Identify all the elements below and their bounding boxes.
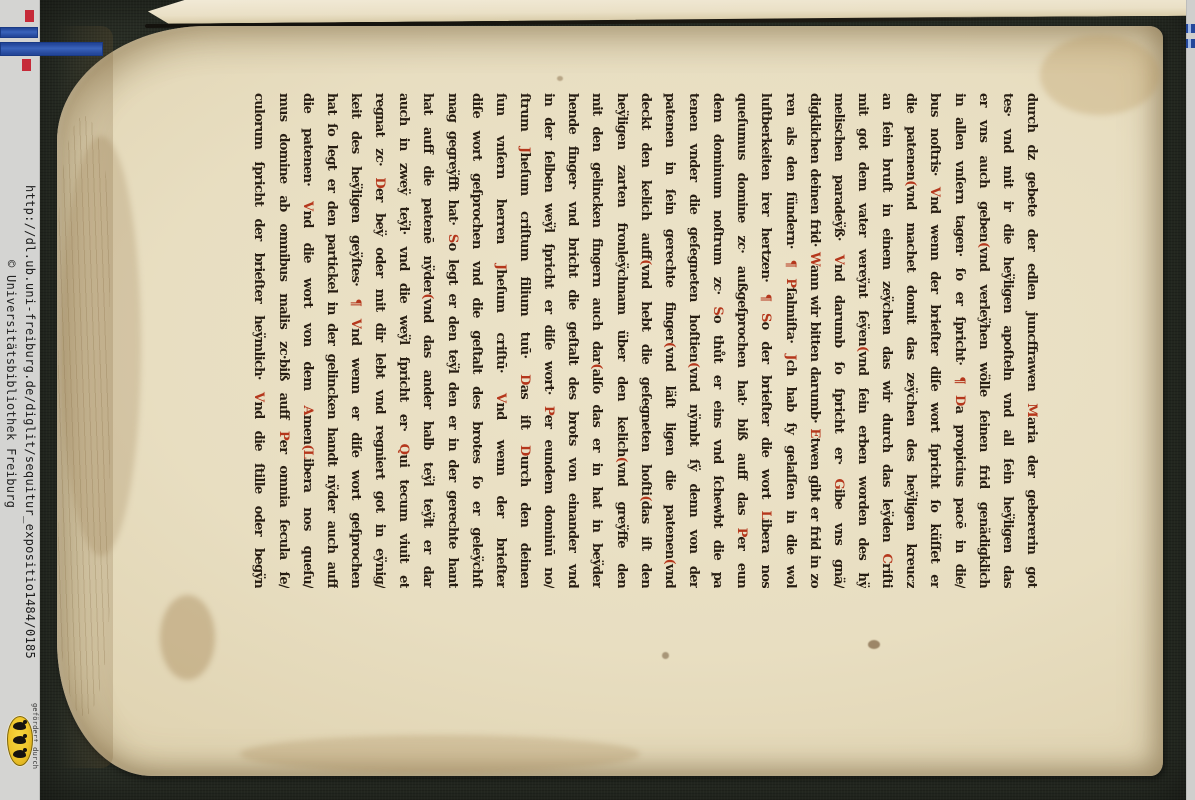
manuscript-line: tenen vnder die geſegneten hoſtien(vnd n… bbox=[681, 93, 705, 588]
manuscript-line: an ſein bruſt in einem zeÿchen das wir d… bbox=[874, 93, 898, 588]
manuscript-line: mag gegreÿfft hat· So legt er den teÿl d… bbox=[439, 93, 463, 588]
manuscript-line: keit des heÿligen geÿſtes· ¶ Vnd wenn er… bbox=[343, 93, 367, 588]
manuscript-line: auch in zweÿ teÿl· vnd die weÿl ſpricht … bbox=[391, 93, 415, 588]
manuscript-line: bus noſtris· Vnd wenn der brieſter diſe … bbox=[922, 93, 946, 588]
ink-speck bbox=[868, 640, 880, 649]
registration-mark-right bbox=[1186, 39, 1195, 48]
manuscript-line: patenen in ſein gerechte finger(vnd läſt… bbox=[657, 93, 681, 588]
manuscript-text-block: durch dz gebete der edlen juncffrawen Ma… bbox=[245, 93, 1043, 588]
manuscript-line: durch dz gebete der edlen juncffrawen Ma… bbox=[1019, 93, 1043, 588]
stain bbox=[1040, 35, 1160, 115]
digitized-manuscript-scan-viewer: { "left_bar": { "url_text": "http://dl.u… bbox=[0, 0, 1195, 800]
manuscript-line: queſumus domine zc· außgeſprochen hat· b… bbox=[729, 93, 753, 588]
manuscript-line: regnat zc· Der beÿ oder mit dir lebt vnd… bbox=[367, 93, 391, 588]
registration-mark-right bbox=[1186, 24, 1195, 33]
manuscript-line: heÿligen zarten fronleÿchnam über den ke… bbox=[608, 93, 632, 588]
manuscript-line: dem dominum noſtrum zc· So thůt er eins … bbox=[705, 93, 729, 588]
registration-mark-blue bbox=[0, 42, 103, 56]
manuscript-line: luſtberkeiten irer hertzen· ¶ So der bri… bbox=[753, 93, 777, 588]
manuscript-line: digklichen deinen frid· Wann wir bitten … bbox=[802, 93, 826, 588]
registration-mark-red bbox=[22, 59, 31, 71]
manuscript-line: hende finger· vnd bricht die geſtalt des… bbox=[560, 93, 584, 588]
right-metadata-bar bbox=[1186, 0, 1195, 800]
ink-speck bbox=[662, 652, 669, 659]
manuscript-line: die patenen(vnd machet domit das zeÿchen… bbox=[898, 93, 922, 588]
manuscript-line: in der ſelben weÿl ſpricht er diſe wort·… bbox=[536, 93, 560, 588]
manuscript-line: tes· vnd mit ir die heÿligen apoſteln vn… bbox=[995, 93, 1019, 588]
stain bbox=[160, 595, 215, 680]
manuscript-line: mit den gelincken fingern auch dar(alſo … bbox=[584, 93, 608, 588]
book-photograph: durch dz gebete der edlen juncffrawen Ma… bbox=[40, 0, 1186, 800]
manuscript-line: culorum ſpricht der brieſter heÿmlich· V… bbox=[246, 93, 270, 588]
manuscript-line: in allen vnſern tagen· ſo er ſpricht· ¶ … bbox=[946, 93, 970, 588]
manuscript-line: mus domine ab omnibus malis zc·biß auff … bbox=[271, 93, 295, 588]
registration-mark-red bbox=[25, 10, 34, 22]
copyright-label-left: © Universitätsbibliothek Freiburg bbox=[4, 260, 18, 508]
lion-glyph bbox=[13, 750, 26, 758]
scan-url-label: http://dl.ub.uni-freiburg.de/diglit/sequ… bbox=[23, 185, 37, 659]
manuscript-line: hat auff die patenē nÿder(vnd das ander … bbox=[415, 93, 439, 588]
manuscript-line: melischen paradeÿß· Vnd darumb ſo ſprich… bbox=[826, 93, 850, 588]
manuscript-line: deckt den kelich auff(vnd hebt die geſeg… bbox=[633, 93, 657, 588]
manuscript-line: die patenen· Vnd die wort von dem Amen(L… bbox=[295, 93, 319, 588]
manuscript-line: er vns auch geben(vnd verleÿhen wölle ſe… bbox=[971, 93, 995, 588]
manuscript-line: ren als den ſündern· ¶ Pſalmiſta· Jch ha… bbox=[777, 93, 801, 588]
stain bbox=[240, 735, 640, 773]
lion-glyph bbox=[13, 736, 26, 744]
registration-mark-blue bbox=[0, 27, 38, 38]
manuscript-line: ſun vnſern herren Jheſum criſtū· Vnd wen… bbox=[488, 93, 512, 588]
stain bbox=[61, 136, 141, 556]
left-metadata-bar: http://dl.ub.uni-freiburg.de/diglit/sequ… bbox=[0, 0, 40, 800]
baden-wuerttemberg-crest-logo bbox=[7, 716, 33, 766]
ink-speck bbox=[557, 76, 563, 81]
manuscript-line: hat ſo legt er den partickel in der geli… bbox=[319, 93, 343, 588]
lion-glyph bbox=[13, 722, 26, 730]
manuscript-line: diſe wort geſprochen vnd die geſtalt des… bbox=[464, 93, 488, 588]
manuscript-line: mit got dem vater vereÿnt ſeÿen(vnd ſein… bbox=[850, 93, 874, 588]
manuscript-line: ſtrum Jheſum criſtum filium tuū· Das iſt… bbox=[512, 93, 536, 588]
